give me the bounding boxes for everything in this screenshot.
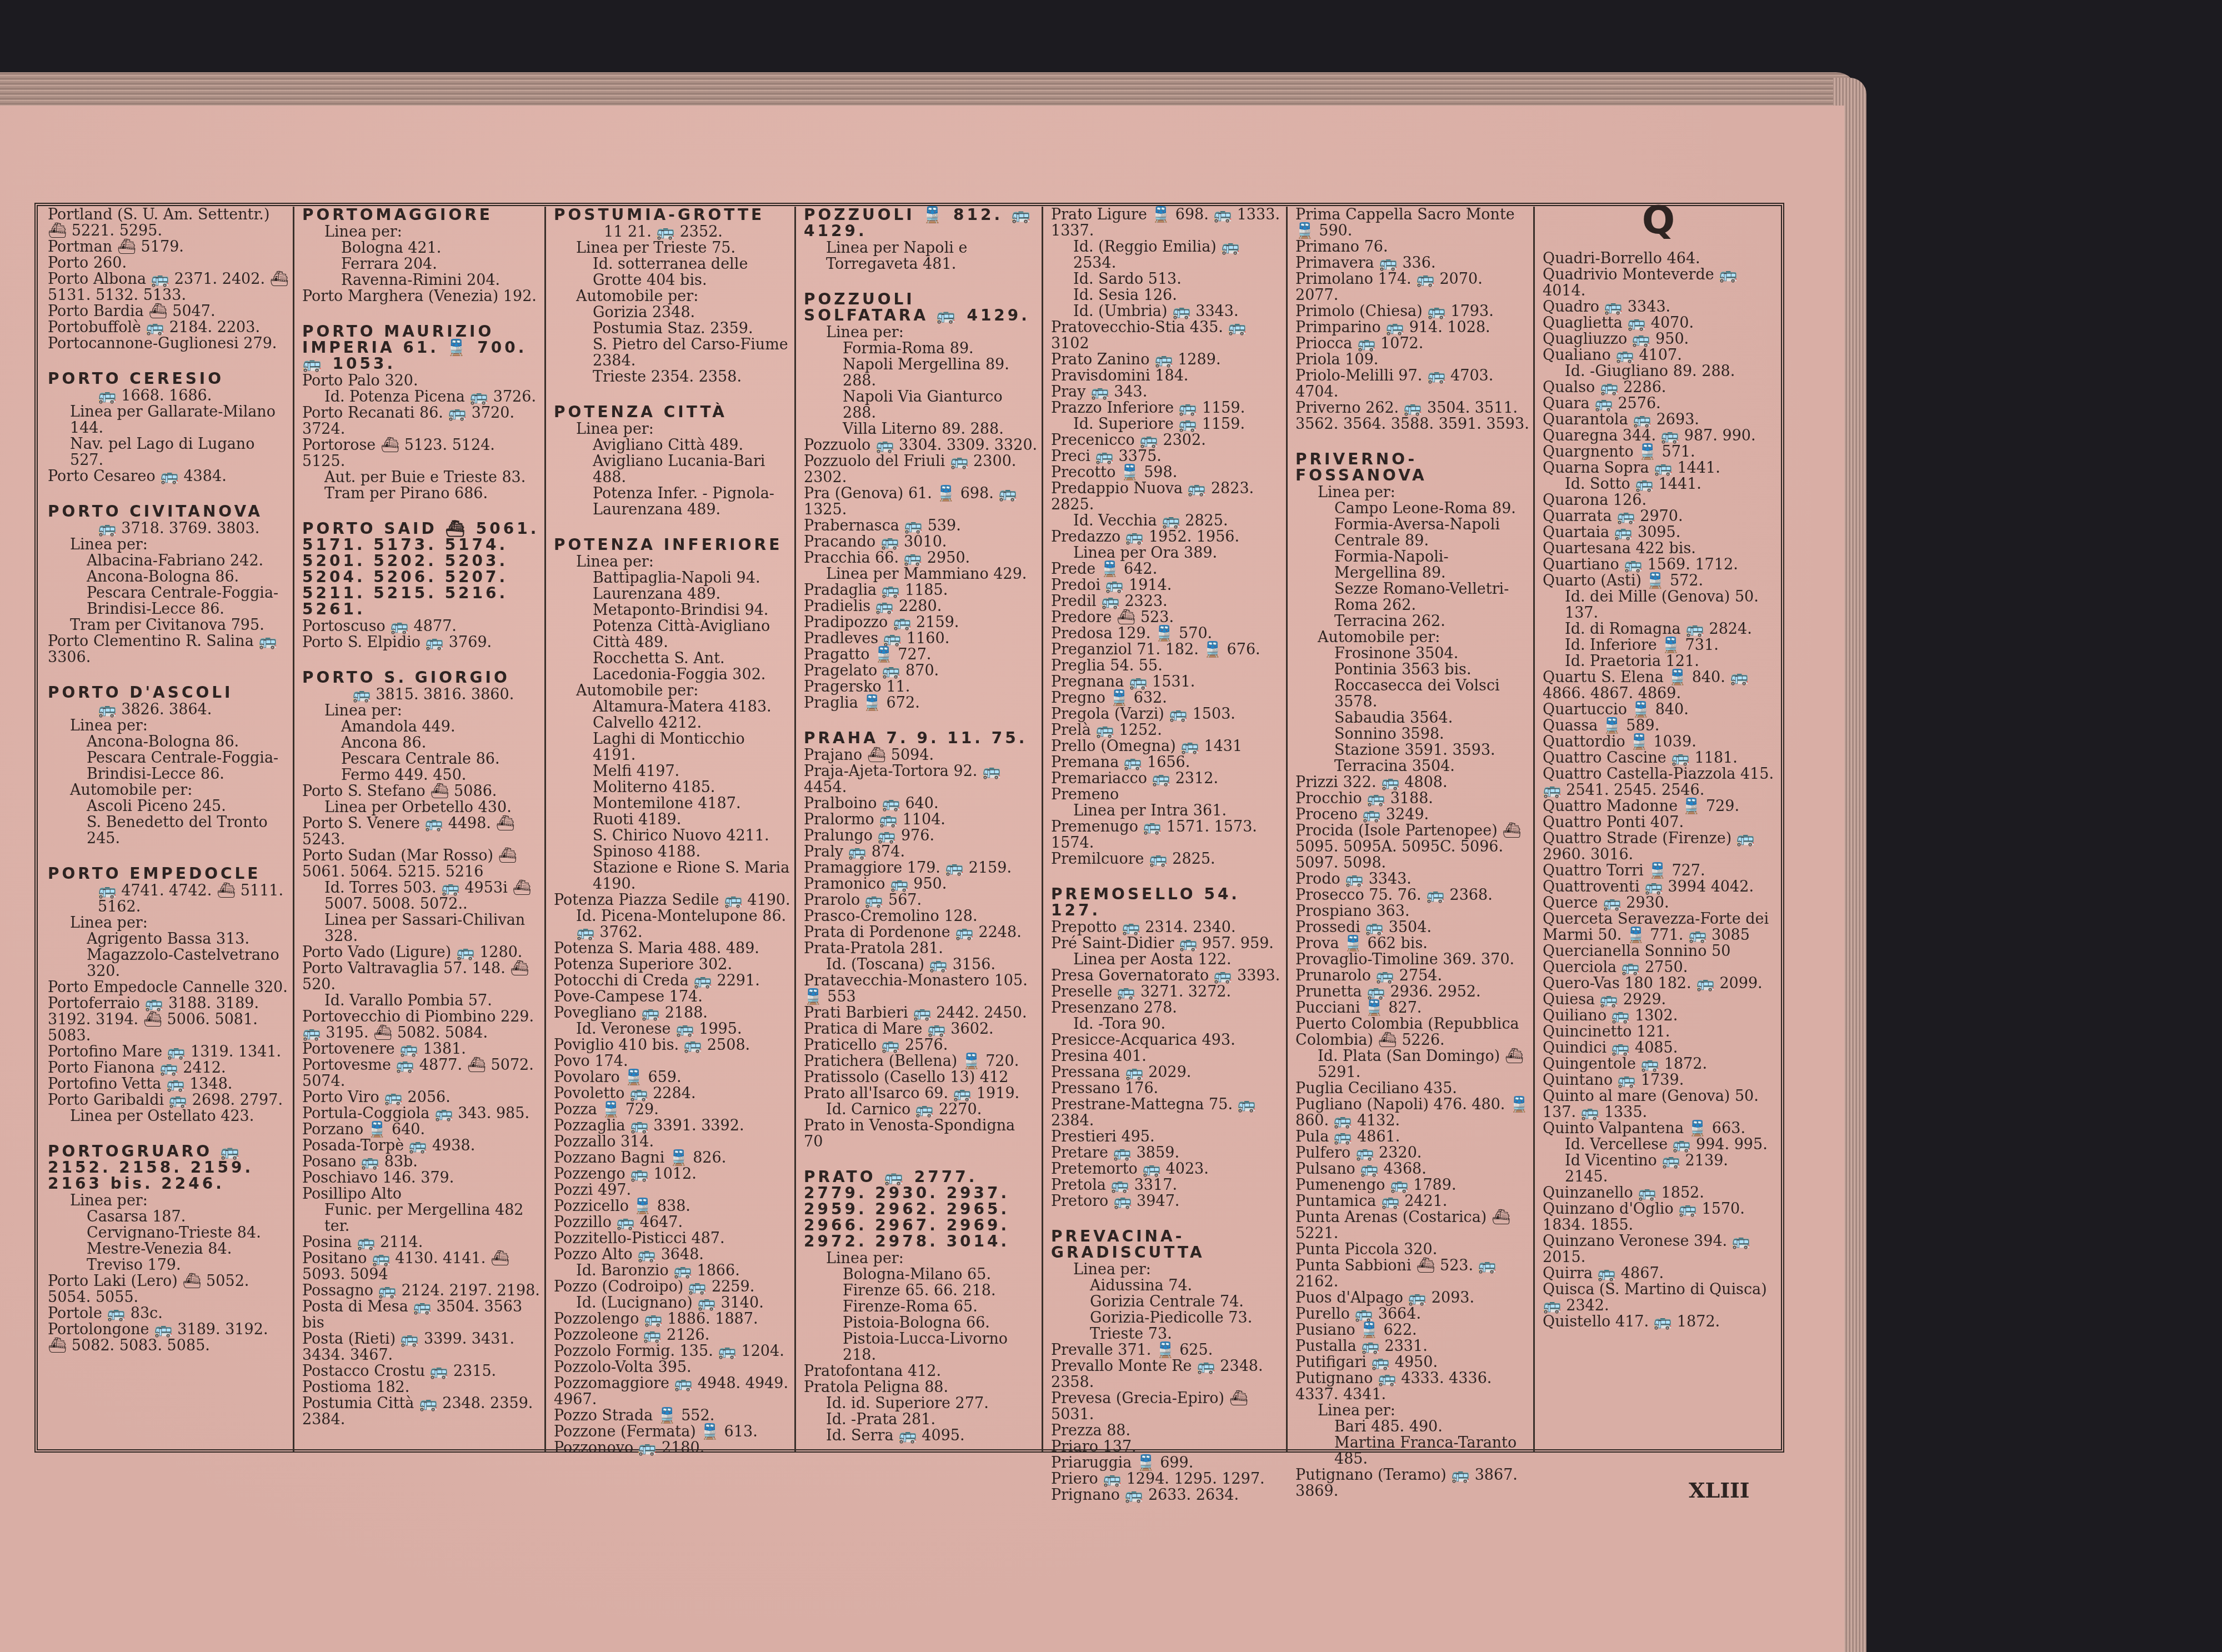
station-heading: POSTUMIA-GROTTE (554, 207, 791, 223)
index-entry: Portole 🚌 83c. (48, 1305, 289, 1321)
index-entry: Battipaglia-Napoli 94. (554, 570, 791, 586)
index-entry: Sonnino 3598. (1295, 726, 1530, 742)
index-entry: Primolo (Chiesa) 🚌 1793. (1295, 303, 1530, 319)
index-entry: Premenugo 🚌 1571. 1573. 1574. (1051, 819, 1283, 851)
index-entry: Pozzuolo del Friuli 🚌 2300. 2302. (804, 453, 1038, 485)
index-entry: Prazzo Inferiore 🚌 1159. (1051, 400, 1283, 416)
index-entry: Quarona 126. (1543, 492, 1774, 508)
index-entry: Purello 🚌 3664. (1295, 1306, 1530, 1322)
index-entry: Pozzuolo 🚌 3304. 3309. 3320. (804, 437, 1038, 453)
index-entry: Posta (Rieti) 🚌 3399. 3431. 3434. 3467. (302, 1331, 541, 1363)
index-entry: Linea per: (302, 703, 541, 719)
index-entry: Id. sotterranea delle Grotte 404 bis. (554, 256, 791, 288)
index-entry: Funic. per Mergellina 482 ter. (302, 1202, 541, 1234)
index-entry: Linea per: (302, 224, 541, 240)
index-entry: S. Benedetto del Tronto 245. (48, 814, 289, 847)
index-entry: Porto Marghera (Venezia) 192. (302, 288, 541, 304)
index-entry: Predosa 129. 🚆 570. (1051, 625, 1283, 642)
index-entry: Id. Superiore 🚌 1159. (1051, 416, 1283, 432)
index-entry: Pressana 🚌 2029. (1051, 1064, 1283, 1080)
index-entry: Prevallo Monte Re 🚌 2348. 2358. (1051, 1358, 1283, 1390)
index-entry: Pozzoleone 🚌 2126. (554, 1327, 791, 1343)
index-entry: Puglia Ceciliano 435. (1295, 1080, 1530, 1097)
index-entry: Potenza Superiore 302. (554, 957, 791, 973)
index-entry: Pozzolengo 🚌 1886. 1887. (554, 1311, 791, 1327)
index-entry: Pra (Genova) 61. 🚆 698. 🚌 1325. (804, 485, 1038, 518)
index-entry: Terracina 3504. (1295, 758, 1530, 774)
index-entry: Campo Leone-Roma 89. (1295, 500, 1530, 517)
index-entry: Potenza Piazza Sedile 🚌 4190. (554, 892, 791, 908)
station-heading: PRATO 🚌 2777. 2779. 2930. 2937. 2959. 29… (804, 1169, 1038, 1249)
index-entry: Quattro Castella-Piazzola 415. 🚌 2541. 2… (1543, 766, 1774, 798)
index-entry: Pratovecchio-Stia 435. 🚌 3102 (1051, 319, 1283, 352)
index-entry: Prajano ⛴ 5094. (804, 747, 1038, 763)
index-entry: Pretola 🚌 3317. (1051, 1177, 1283, 1193)
index-entry: Pozzitello-Pisticci 487. (554, 1230, 791, 1246)
index-entry: Stazione 3591. 3593. (1295, 742, 1530, 758)
station-heading: PREMOSELLO 54. 127. (1051, 886, 1283, 918)
index-entry: Automobile per: (554, 288, 791, 304)
index-entry: Premilcuore 🚌 2825. (1051, 851, 1283, 867)
index-entry: Posillipo Alto (302, 1186, 541, 1202)
index-entry: Gorizia Centrale 74. (1051, 1294, 1283, 1310)
index-entry: Putignano (Teramo) 🚌 3867. 3869. (1295, 1467, 1530, 1499)
index-entry: Prepotto 🚌 2314. 2340. (1051, 919, 1283, 935)
index-entry: Pradleves 🚌 1160. (804, 630, 1038, 647)
index-entry: Puerto Colombia (Repubblica Colombia) ⛴ … (1295, 1016, 1530, 1048)
index-entry: Potenza S. Maria 488. 489. (554, 940, 791, 957)
index-entry: Povoletto 🚌 2284. (554, 1085, 791, 1102)
column-4: POZZUOLI 🚆 812. 🚌 4129.Linea per Napoli … (794, 207, 1042, 1452)
index-entry: Quercianella Sonnino 50 (1543, 943, 1774, 959)
index-entry: Quarto (Asti) 🚆 572. (1543, 573, 1774, 589)
index-entry: Prevesa (Grecia-Epiro) ⛴ 5031. (1051, 1390, 1283, 1423)
index-entry: Tram per Pirano 686. (302, 485, 541, 502)
index-entry: Prello (Omegna) 🚌 1431 (1051, 738, 1283, 754)
index-entry: Id. Veronese 🚌 1995. (554, 1021, 791, 1037)
index-entry: Porto Fianona 🚌 2412. (48, 1060, 289, 1076)
column-1: Portland (S. U. Am. Settentr.) ⛴ 5221. 5… (40, 207, 293, 1452)
index-entry: Primolano 174. 🚌 2070. 2077. (1295, 271, 1530, 303)
index-entry: Presicce-Acquarica 493. (1051, 1032, 1283, 1048)
index-entry: Porto Valtravaglia 57. 148. ⛴ 520. (302, 960, 541, 993)
index-entry: Possagno 🚌 2124. 2197. 2198. (302, 1283, 541, 1299)
index-entry: Martina Franca-Taranto 485. (1295, 1435, 1530, 1467)
index-entry: Albacina-Fabriano 242. (48, 553, 289, 569)
index-entry: Pratola Peligna 88. (804, 1379, 1038, 1395)
index-entry: Firenze-Roma 65. (804, 1299, 1038, 1315)
index-entry: Id. -Tora 90. (1051, 1016, 1283, 1032)
index-entry: Pregno 🚆 632. (1051, 690, 1283, 706)
index-entry: Quartu S. Elena 🚆 840. 🚌 4866. 4867. 486… (1543, 669, 1774, 702)
index-entry: Qualso 🚌 2286. (1543, 379, 1774, 396)
index-entry: Postioma 182. (302, 1379, 541, 1395)
station-heading: POZZUOLI 🚆 812. 🚌 4129. (804, 207, 1038, 239)
index-entry: Pozzi 497. (554, 1182, 791, 1198)
index-entry: Bologna 421. (302, 240, 541, 256)
index-entry: Prasco-Cremolino 128. (804, 908, 1038, 924)
index-entry: Linea per Ora 389. (1051, 545, 1283, 561)
index-entry: Quarantola 🚌 2693. (1543, 412, 1774, 428)
station-heading: PORTO CIVITANOVA (48, 503, 289, 519)
index-entry: Firenze 65. 66. 218. (804, 1283, 1038, 1299)
index-entry: Sezze Romano-Velletri-Roma 262. (1295, 581, 1530, 613)
index-entry: Pozzolo-Volta 395. (554, 1359, 791, 1375)
index-entry: Predappio Nuova 🚌 2823. 2825. (1051, 480, 1283, 513)
index-entry: Prezza 88. (1051, 1423, 1283, 1439)
station-heading: PORTO SAID ⛴ 5061. 5171. 5173. 5174. 520… (302, 520, 541, 617)
index-entry: Altamura-Matera 4183. (554, 699, 791, 715)
index-entry: Portovecchio di Piombino 229. 🚌 3195. ⛴ … (302, 1009, 541, 1041)
index-entry: Linea per: (554, 421, 791, 437)
index-entry: Predore ⛴ 523. (1051, 609, 1283, 625)
index-entry: Quisca (S. Martino di Quisca) 🚌 2342. (1543, 1281, 1774, 1314)
index-entry: Prossedi 🚌 3504. (1295, 919, 1530, 935)
index-entry: S. Pietro del Carso-Fiume 2384. (554, 337, 791, 369)
index-entry: Formia-Roma 89. (804, 341, 1038, 357)
station-heading: PORTO D'ASCOLI (48, 684, 289, 700)
index-entry: Priocca 🚌 1072. (1295, 336, 1530, 352)
index-entry: Pozzone (Fermata) 🚆 613. (554, 1424, 791, 1440)
index-entry: Avigliano Lucania-Bari 488. (554, 453, 791, 485)
index-entry: Porto S. Venere 🚌 4498. ⛴ 5243. (302, 815, 541, 848)
index-entry: Ferrara 204. (302, 256, 541, 272)
index-entry: Portman ⛴ 5179. (48, 239, 289, 255)
index-entry: Quattro Madonne 🚆 729. (1543, 798, 1774, 814)
index-entry: Pravisdomini 184. (1051, 368, 1283, 384)
index-entry: Linea per Gallarate-Milano 144. (48, 404, 289, 436)
index-entry: Prosecco 75. 76. 🚌 2368. (1295, 887, 1530, 903)
index-entry: Porto S. Stefano ⛴ 5086. (302, 783, 541, 799)
index-entry: Porto S. Elpidio 🚌 3769. (302, 634, 541, 650)
index-entry: Porto Palo 320. (302, 373, 541, 389)
index-entry: S. Chirico Nuovo 4211. (554, 828, 791, 844)
index-entry: Prestrane-Mattegna 75. 🚌 2384. (1051, 1097, 1283, 1129)
index-entry: Pescara Centrale-Foggia-Brindisi-Lecce 8… (48, 750, 289, 782)
index-entry: Premeno (1051, 787, 1283, 803)
index-entry: Aidussina 74. (1051, 1278, 1283, 1294)
index-entry: Mestre-Venezia 84. (48, 1241, 289, 1257)
index-entry: Predil 🚌 2323. (1051, 593, 1283, 609)
index-entry: Prunetta 🚌 2936. 2952. (1295, 984, 1530, 1000)
index-entry: Pozzano Bagni 🚆 826. (554, 1150, 791, 1166)
station-heading: PORTOGRUARO 🚌 2152. 2158. 2159. 2163 bis… (48, 1143, 289, 1192)
index-entry: Nav. pel Lago di Lugano 527. (48, 436, 289, 468)
index-entry: Pozzolo Formig. 135. 🚌 1204. (554, 1343, 791, 1359)
index-entry: Linea per Sassari-Chilivan 328. (302, 912, 541, 944)
index-entry: Quartiano 🚌 1569. 1712. (1543, 557, 1774, 573)
index-entry: Poviglio 410 bis. 🚌 2508. (554, 1037, 791, 1053)
index-entry: Prata-Pratola 281. (804, 940, 1038, 957)
index-entry: Posina 🚌 2114. (302, 1234, 541, 1250)
index-entry: Quartuccio 🚆 840. (1543, 702, 1774, 718)
index-entry: Porto Albona 🚌 2371. 2402. ⛴ 5131. 5132.… (48, 271, 289, 303)
index-entry: Ancona-Bologna 86. (48, 734, 289, 750)
index-entry: Linea per: (554, 554, 791, 570)
index-entry: Pucciani 🚆 827. (1295, 1000, 1530, 1016)
index-entry: Premana 🚌 1656. (1051, 754, 1283, 770)
index-entry: Pescara Centrale 86. (302, 751, 541, 767)
index-entry: Moliterno 4185. (554, 779, 791, 795)
index-entry: Laghi di Monticchio 4191. (554, 731, 791, 763)
index-entry: Pratavecchia-Monastero 105. 🚆 553 (804, 973, 1038, 1005)
index-entry: Portorose ⛴ 5123. 5124. 5125. (302, 437, 541, 469)
index-entry: Pulsano 🚌 4368. (1295, 1161, 1530, 1177)
station-heading: POTENZA INFERIORE (554, 537, 791, 553)
station-heading: PRAHA 7. 9. 11. 75. (804, 730, 1038, 746)
index-entry: Praja-Ajeta-Tortora 92. 🚌 4454. (804, 763, 1038, 795)
index-entry: Prede 🚆 642. (1051, 561, 1283, 577)
index-entry: Priaruggia 🚆 699. (1051, 1455, 1283, 1471)
index-entry: Porzano 🚆 640. (302, 1122, 541, 1138)
index-entry: Id. Potenza Picena 🚌 3726. (302, 389, 541, 405)
index-entry: Trieste 2354. 2358. (554, 369, 791, 385)
index-entry: Porto Empedocle Cannelle 320. (48, 979, 289, 995)
index-entry: Id. Picena-Montelupone 86. 🚌 3762. (554, 908, 791, 940)
index-entry: Quistello 417. 🚌 1872. (1543, 1314, 1774, 1330)
index-entry: Portovenere 🚌 1381. (302, 1041, 541, 1057)
index-entry: Pradipozzo 🚌 2159. (804, 614, 1038, 630)
index-entry: Pramonico 🚌 950. (804, 876, 1038, 892)
index-entry: 🚌 1668. 1686. (48, 388, 289, 404)
index-entry: Prato Zanino 🚌 1289. (1051, 352, 1283, 368)
index-entry: Porto Garibaldi 🚌 2698. 2797. (48, 1092, 289, 1108)
index-entry: Primano 76. (1295, 239, 1530, 255)
index-entry: Quarrata 🚌 2970. (1543, 508, 1774, 524)
column-6: Prima Cappella Sacro Monte 🚆 590.Primano… (1286, 207, 1533, 1452)
index-entry: Prati Barbieri 🚌 2442. 2450. (804, 1005, 1038, 1021)
index-entry: Priola 109. (1295, 352, 1530, 368)
index-entry: Pragelato 🚌 870. (804, 663, 1038, 679)
index-entry: Querciola 🚌 2750. (1543, 959, 1774, 975)
index-entry: Poschiavo 146. 379. (302, 1170, 541, 1186)
index-entry: Tram per Civitanova 795. (48, 617, 289, 633)
index-entry: Terracina 262. (1295, 613, 1530, 629)
index-entry: Id. Carnico 🚌 2270. (804, 1102, 1038, 1118)
index-entry: Pozzo Alto 🚌 3648. (554, 1246, 791, 1263)
index-entry: Povo 174. (554, 1053, 791, 1069)
index-entry: Pragatto 🚆 727. (804, 647, 1038, 663)
index-entry: Metaponto-Brindisi 94. (554, 602, 791, 618)
index-entry: Portoscuso 🚌 4877. (302, 618, 541, 634)
index-entry: Linea per: (1295, 1403, 1530, 1419)
index-entry: Formia-Aversa-Napoli Centrale 89. (1295, 517, 1530, 549)
index-entry: Linea per: (804, 324, 1038, 341)
index-entry: Postumia Città 🚌 2348. 2359. 2384. (302, 1395, 541, 1428)
index-entry: Ravenna-Rimini 204. (302, 272, 541, 288)
index-entry: Linea per Mammiano 429. (804, 566, 1038, 582)
index-entry: Id. Sardo 513. (1051, 271, 1283, 287)
index-entry: Pratica di Mare 🚌 3602. (804, 1021, 1038, 1037)
index-entry: Porto Bardia ⛴ 5047. (48, 303, 289, 319)
index-entry: Quintano 🚌 1739. (1543, 1072, 1774, 1088)
index-entry: Prunarolo 🚌 2754. (1295, 968, 1530, 984)
index-entry: Id. (Toscana) 🚌 3156. (804, 957, 1038, 973)
index-entry: Quara 🚌 2576. (1543, 396, 1774, 412)
index-entry: Id. Varallo Pombia 57. (302, 993, 541, 1009)
index-entry: Preci 🚌 3375. (1051, 448, 1283, 464)
index-entry: Avigliano Città 489. (554, 437, 791, 453)
index-entry: Potenza Città-Avigliano Città 489. (554, 618, 791, 650)
index-entry: Bologna-Milano 65. (804, 1266, 1038, 1283)
index-entry: Pove-Campese 174. (554, 989, 791, 1005)
index-entry: Pracando 🚌 3010. (804, 534, 1038, 550)
index-entry: Casarsa 187. (48, 1209, 289, 1225)
station-heading: PORTO S. GIORGIO (302, 669, 541, 685)
column-5: Prato Ligure 🚆 698. 🚌 1333. 1337.Id. (Re… (1042, 207, 1286, 1452)
index-entry: Prizzi 322. 🚌 4808. (1295, 774, 1530, 790)
index-entry: Porto 260. (48, 255, 289, 271)
index-entry: Pistoia-Bologna 66. (804, 1315, 1038, 1331)
index-entry: Id Vicentino 🚌 2139. 2145. (1543, 1153, 1774, 1185)
index-entry: Pumenengo 🚌 1789. (1295, 1177, 1530, 1193)
index-entry: Id. Plata (San Domingo) ⛴ 5291. (1295, 1048, 1530, 1080)
index-entry: Quagliuzzo 🚌 950. (1543, 331, 1774, 347)
index-entry: Quartesana 422 bis. (1543, 540, 1774, 557)
index-entry: Pozza 🚆 729. (554, 1102, 791, 1118)
index-entry: 🚌 3826. 3864. (48, 702, 289, 718)
index-entry: Postacco Crostu 🚌 2315. (302, 1363, 541, 1379)
index-entry: Prabernasca 🚌 539. (804, 518, 1038, 534)
index-entry: Roccasecca dei Volsci 3578. (1295, 678, 1530, 710)
index-entry: Prestieri 495. (1051, 1129, 1283, 1145)
index-entry: Gorizia-Piedicolle 73. (1051, 1310, 1283, 1326)
index-entry: Pré Saint-Didier 🚌 957. 959. (1051, 935, 1283, 952)
index-entry: Pretemorto 🚌 4023. (1051, 1161, 1283, 1177)
index-entry: Quadri-Borrello 464. (1543, 251, 1774, 267)
index-entry: Prato Ligure 🚆 698. 🚌 1333. 1337. (1051, 207, 1283, 239)
index-entry: Putignano 🚌 4333. 4336. 4337. 4341. (1295, 1370, 1530, 1403)
index-entry: Punta Arenas (Costarica) ⛴ 5221. (1295, 1209, 1530, 1241)
index-entry: Id. (Reggio Emilia) 🚌 2534. (1051, 239, 1283, 271)
index-entry: Id. Vecchia 🚌 2825. (1051, 513, 1283, 529)
index-entry: Quaglietta 🚌 4070. (1543, 315, 1774, 331)
index-entry: Linea per Napoli e Torregaveta 481. (804, 240, 1038, 272)
index-entry: Pretoro 🚌 3947. (1051, 1193, 1283, 1209)
station-heading: PREVACINA-GRADISCUTTA (1051, 1228, 1283, 1260)
index-entry: Potocchi di Creda 🚌 2291. (554, 973, 791, 989)
index-entry: Amandola 449. (302, 719, 541, 735)
index-entry: Quindici 🚌 4085. (1543, 1040, 1774, 1056)
index-entry: Quinzano Veronese 394. 🚌 2015. (1543, 1233, 1774, 1265)
index-entry: Preganziol 71. 182. 🚆 676. (1051, 642, 1283, 658)
index-entry: Porto Cesareo 🚌 4384. (48, 468, 289, 484)
index-entry: 🚌 3815. 3816. 3860. (302, 687, 541, 703)
index-entry: Linea per Aosta 122. (1051, 952, 1283, 968)
index-entry: Puntamica 🚌 2421. (1295, 1193, 1530, 1209)
station-heading: PORTO MAURIZIO IMPERIA 61. 🚆 700. 🚌 1053… (302, 323, 541, 372)
index-entry: Portofino Mare 🚌 1319. 1341. (48, 1044, 289, 1060)
index-entry: Pugliano (Napoli) 476. 480. 🚆 860. 🚌 413… (1295, 1097, 1530, 1129)
index-entry: Pragersko 11. (804, 679, 1038, 695)
index-entry: Querceta Seravezza-Forte dei Marmi 50. 🚆… (1543, 911, 1774, 943)
index-entry: Priverno 262. 🚌 3504. 3511. 3562. 3564. … (1295, 400, 1530, 432)
index-entry: Premariacco 🚌 2312. (1051, 770, 1283, 787)
index-entry: 🚌 3718. 3769. 3803. (48, 520, 289, 537)
index-entry: Povegliano 🚌 2188. (554, 1005, 791, 1021)
station-heading: POZZUOLI SOLFATARA 🚌 4129. (804, 291, 1038, 323)
index-entry: Id. Praetoria 121. (1543, 653, 1774, 669)
index-entry: Pradielis 🚌 2280. (804, 598, 1038, 614)
index-entry: Prodo 🚌 3343. (1295, 871, 1530, 887)
index-entry: Procida (Isole Partenopee) ⛴ 5095. 5095A… (1295, 823, 1530, 871)
section-letter: Q (1543, 212, 1774, 228)
index-entry: Prospiano 363. (1295, 903, 1530, 919)
index-entry: Pozzengo 🚌 1012. (554, 1166, 791, 1182)
index-entry: Pregola (Varzi) 🚌 1503. (1051, 706, 1283, 722)
index-entry: Presa Governatorato 🚌 3393. (1051, 968, 1283, 984)
index-entry: Prima Cappella Sacro Monte 🚆 590. (1295, 207, 1530, 239)
index-entry: Quattordio 🚆 1039. (1543, 734, 1774, 750)
index-entry: Quadro 🚌 3343. (1543, 299, 1774, 315)
index-entry: Procchio 🚌 3188. (1295, 790, 1530, 807)
index-entry: Quattro Strade (Firenze) 🚌 2960. 3016. (1543, 830, 1774, 863)
index-entry: Pozzomaggiore 🚌 4948. 4949. 4967. (554, 1375, 791, 1408)
index-entry: Pozzillo 🚌 4647. (554, 1214, 791, 1230)
index-entry: Prata di Pordenone 🚌 2248. (804, 924, 1038, 940)
index-entry: Posada-Torpè 🚌 4938. (302, 1138, 541, 1154)
index-entry: Quirra 🚌 4867. (1543, 1265, 1774, 1281)
index-entry: Quattro Torri 🚆 727. (1543, 863, 1774, 879)
index-entry: Pratofontana 412. (804, 1363, 1038, 1379)
index-entry: Porto Sudan (Mar Rosso) ⛴ 5061. 5064. 52… (302, 848, 541, 880)
index-entry: Quassa 🚆 589. (1543, 718, 1774, 734)
index-entry: Automobile per: (48, 782, 289, 798)
station-heading: POTENZA CITTÀ (554, 404, 791, 420)
index-entry: Primparino 🚌 914. 1028. (1295, 319, 1530, 336)
column-2: PORTOMAGGIORELinea per:Bologna 421.Ferra… (293, 207, 544, 1452)
index-entry: Automobile per: (554, 683, 791, 699)
index-entry: Praly 🚌 874. (804, 844, 1038, 860)
index-entry: Prato in Venosta-Spondigna 70 (804, 1118, 1038, 1150)
index-entry: Montemilone 4187. (554, 795, 791, 812)
page-number: XLIII (1689, 1478, 1750, 1503)
index-entry: Linea per Intra 361. (1051, 803, 1283, 819)
index-entry: Quingentole 🚌 1872. (1543, 1056, 1774, 1072)
index-entry: Napoli Mergellina 89. 288. (804, 357, 1038, 389)
index-entry: Id. Torres 503. 🚌 4953i ⛴ 5007. 5008. 50… (302, 880, 541, 912)
index-entry: Id. Vercellese 🚌 994. 995. (1543, 1137, 1774, 1153)
index-entry: Calvello 4212. (554, 715, 791, 731)
index-entry: Quattro Cascine 🚌 1181. (1543, 750, 1774, 766)
index-entry: Quiliano 🚌 1302. (1543, 1008, 1774, 1024)
index-entry: Id. Inferiore 🚆 731. (1543, 637, 1774, 653)
index-entry: 11 21. 🚌 2352. (554, 224, 791, 240)
index-entry: Bari 485. 490. (1295, 1419, 1530, 1435)
index-entry: Sabaudia 3564. (1295, 710, 1530, 726)
index-entry: Pralormo 🚌 1104. (804, 812, 1038, 828)
index-entry: Melfi 4197. (554, 763, 791, 779)
index-entry: Predazzo 🚌 1952. 1956. (1051, 529, 1283, 545)
index-entry: Id. -Prata 281. (804, 1411, 1038, 1428)
index-entry: Pratichera (Bellena) 🚆 720. (804, 1053, 1038, 1069)
index-entry: Linea per: (804, 1250, 1038, 1266)
index-entry: Praticello 🚌 2576. (804, 1037, 1038, 1053)
index-entry: Quincinetto 121. (1543, 1024, 1774, 1040)
index-entry: Linea per Trieste 75. (554, 240, 791, 256)
index-entry: Precenicco 🚌 2302. (1051, 432, 1283, 448)
index-entry: Ancona-Bologna 86. (48, 569, 289, 585)
index-entry: Portoferraio 🚌 3188. 3189. 3192. 3194. ⛴… (48, 995, 289, 1044)
index-entry: Napoli Via Gianturco 288. (804, 389, 1038, 421)
index-entry: Presina 401. (1051, 1048, 1283, 1064)
index-entry: Rocchetta S. Ant. Lacedonia-Foggia 302. (554, 650, 791, 683)
index-entry: Prelà 🚌 1252. (1051, 722, 1283, 738)
index-entry: Villa Literno 89. 288. (804, 421, 1038, 437)
index-entry: Pusiano 🚆 622. (1295, 1322, 1530, 1338)
index-entry: Fermo 449. 450. (302, 767, 541, 783)
index-entry: Id. Sotto 🚌 1441. (1543, 476, 1774, 492)
